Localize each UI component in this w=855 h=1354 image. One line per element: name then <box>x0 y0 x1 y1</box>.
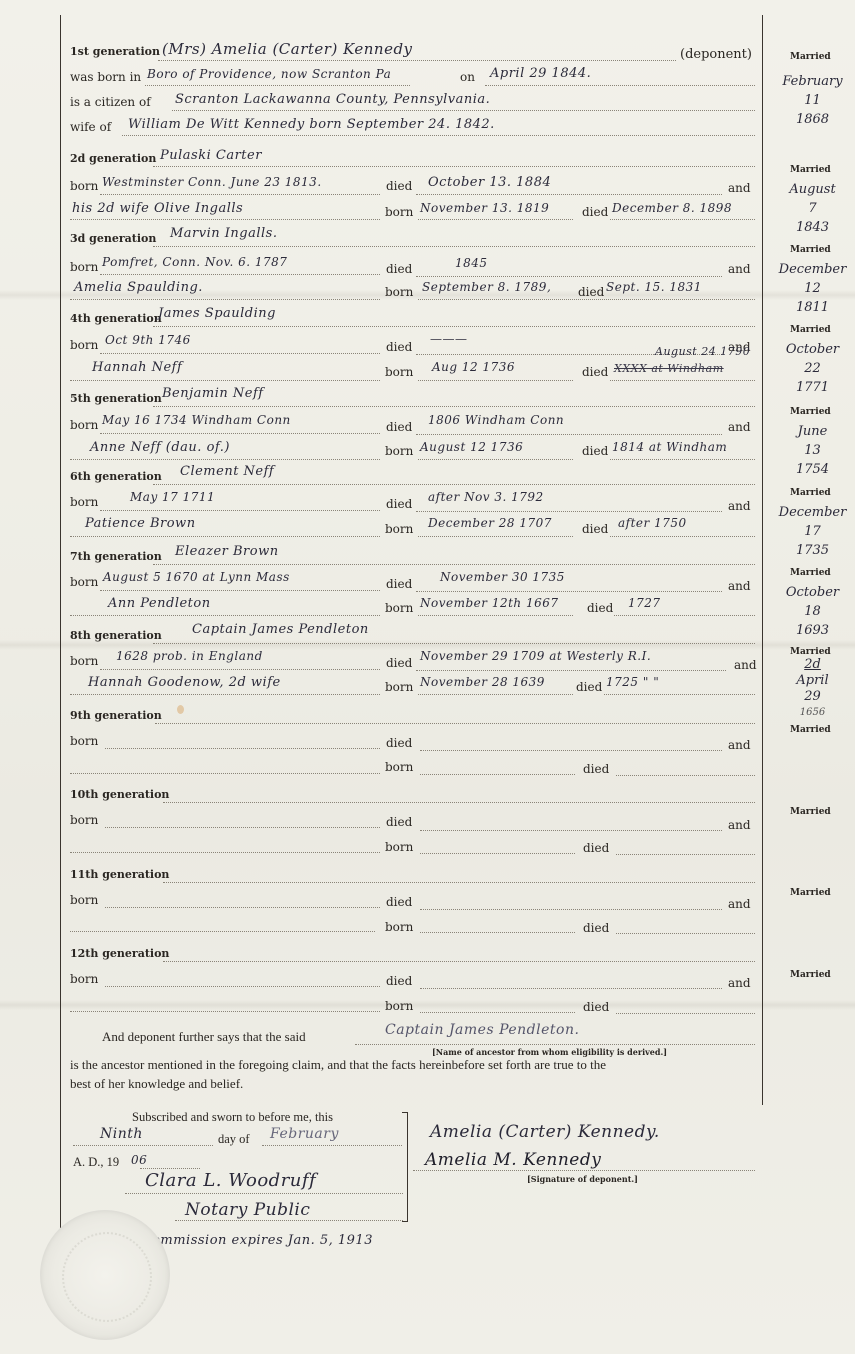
died-line <box>416 591 722 592</box>
spouse-born-value: September 8. 1789, <box>422 280 551 294</box>
citizen-line <box>172 110 755 111</box>
died-line <box>416 434 722 435</box>
spouse-died-line <box>610 536 755 537</box>
citizen-value: Scranton Lackawanna County, Pennsylvania… <box>175 92 490 107</box>
ancestor-name: Clement Neff <box>180 464 274 479</box>
and-label: and <box>728 262 751 276</box>
spouse-died-label: died <box>582 205 608 219</box>
name-line <box>153 406 755 407</box>
died-value: October 13. 1884 <box>428 175 551 190</box>
paper-stain <box>177 705 184 714</box>
name-line <box>158 60 676 61</box>
died-label: died <box>386 736 412 750</box>
married-day: 11 <box>770 91 855 110</box>
married-label: Married <box>790 488 831 498</box>
seal-inner-ring <box>62 1232 152 1322</box>
born-line <box>105 827 380 828</box>
married-month: October <box>770 583 855 602</box>
born-on-line <box>485 85 755 86</box>
married-date: October 22 1771 <box>770 340 855 397</box>
spouse-born-label: born <box>385 920 413 934</box>
born-value: Pomfret, Conn. Nov. 6. 1787 <box>102 255 287 269</box>
died-line <box>420 909 722 910</box>
married-day: 29 <box>770 689 855 705</box>
spouse-name: Hannah Neff <box>92 360 182 375</box>
ancestor-name: James Spaulding <box>158 306 276 321</box>
spouse-born-value: November 13. 1819 <box>420 201 549 215</box>
spouse-died-label: died <box>582 444 608 458</box>
born-in-value: Boro of Providence, now Scranton Pa <box>147 67 391 81</box>
spouse-line <box>70 459 380 460</box>
born-label: born <box>70 893 98 907</box>
and-label: and <box>728 818 751 832</box>
born-line <box>100 669 380 670</box>
born-label: born <box>70 575 98 589</box>
spouse-died-line <box>616 1013 755 1014</box>
married-year: 1771 <box>770 378 855 397</box>
left-margin-line <box>60 15 61 1270</box>
gen-label: 3d generation <box>70 232 156 245</box>
year-line <box>140 1168 200 1169</box>
spouse-line <box>70 773 380 774</box>
deponent-signature-2: Amelia M. Kennedy <box>425 1150 601 1170</box>
married-date: June 13 1754 <box>770 422 855 479</box>
died-line <box>416 670 726 671</box>
and-label: and <box>728 420 751 434</box>
born-value: 1628 prob. in England <box>116 649 263 663</box>
on-label: on <box>460 70 475 84</box>
day-line <box>73 1145 213 1146</box>
married-date: December 12 1811 <box>770 260 855 317</box>
spouse-died-label: died <box>576 680 602 694</box>
spouse-born-line <box>418 219 573 220</box>
born-label: born <box>70 260 98 274</box>
and-label: and <box>728 976 751 990</box>
declaration-line3: best of her knowledge and belief. <box>70 1076 243 1092</box>
gen-label: 12th generation <box>70 947 169 960</box>
spouse-name: Ann Pendleton <box>108 596 211 611</box>
born-line <box>105 748 380 749</box>
gen-label: 11th generation <box>70 868 169 881</box>
died-line <box>416 276 722 277</box>
name-line <box>153 484 755 485</box>
spouse-died-label: died <box>582 365 608 379</box>
spouse-born-line <box>418 615 573 616</box>
document-page: 1st generation (Mrs) Amelia (Carter) Ken… <box>0 0 855 1354</box>
died-value: November 29 1709 at Westerly R.I. <box>420 649 651 663</box>
gen-label: 4th generation <box>70 312 162 325</box>
name-line <box>153 564 755 565</box>
spouse-line <box>70 1011 380 1012</box>
spouse-born-line <box>418 299 755 300</box>
married-year: 1868 <box>770 110 855 129</box>
ancestor-name: Benjamin Neff <box>162 386 264 401</box>
married-date-gen1: February 11 1868 <box>770 72 855 129</box>
married-day: 13 <box>770 441 855 460</box>
spouse-line <box>70 694 380 695</box>
spouse-died-value: December 8. 1898 <box>612 201 732 215</box>
spouse-died-line <box>616 775 755 776</box>
born-line <box>100 590 380 591</box>
name-line <box>153 166 755 167</box>
spouse-died-line <box>610 459 755 460</box>
jurat-subscribed-text: Subscribed and sworn to before me, this <box>132 1110 333 1125</box>
declaration-intro: And deponent further says that the said <box>102 1029 306 1045</box>
born-label: born <box>70 654 98 668</box>
and-label: and <box>728 181 751 195</box>
wife-of-label: wife of <box>70 120 111 134</box>
spouse-died-struck-text: XXXX at Windham <box>614 362 724 375</box>
and-label: and <box>728 897 751 911</box>
married-ordinal: 2d <box>770 657 855 673</box>
married-label: Married <box>790 970 831 980</box>
died-label: died <box>386 974 412 988</box>
died-line <box>420 750 722 751</box>
spouse-died-value: 1814 at Windham <box>612 440 727 454</box>
married-year: 1735 <box>770 541 855 560</box>
spouse-died-label: died <box>583 841 609 855</box>
spouse-died-line <box>616 933 755 934</box>
spouse-born-label: born <box>385 205 413 219</box>
name-line <box>153 326 755 327</box>
spouse-died-label: died <box>587 601 613 615</box>
married-year: 1656 <box>770 705 855 721</box>
died-label: died <box>386 895 412 909</box>
ancestor-name: Marvin Ingalls. <box>170 226 277 241</box>
married-column-divider <box>762 15 763 1105</box>
born-line <box>100 274 380 275</box>
married-year: 1843 <box>770 218 855 237</box>
declaration-line2: is the ancestor mentioned in the foregoi… <box>70 1057 606 1073</box>
spouse-name: Patience Brown <box>85 516 196 531</box>
born-value: Oct 9th 1746 <box>105 333 191 347</box>
spouse-name: Amelia Spaulding. <box>74 280 203 295</box>
spouse-born-label: born <box>385 760 413 774</box>
married-label: Married <box>790 568 831 578</box>
died-label: died <box>386 179 412 193</box>
spouse-born-value: November 12th 1667 <box>420 596 559 610</box>
wife-of-value: William De Witt Kennedy born September 2… <box>128 117 495 132</box>
name-line <box>163 961 755 962</box>
died-label: died <box>386 497 412 511</box>
spouse-died-line <box>604 694 755 695</box>
spouse-born-value: Aug 12 1736 <box>432 360 515 374</box>
name-line <box>153 643 755 644</box>
spouse-died-value: Sept. 15. 1831 <box>606 280 702 294</box>
spouse-born-value: August 12 1736 <box>420 440 523 454</box>
and-label: and <box>728 579 751 593</box>
married-date: October 18 1693 <box>770 583 855 640</box>
notary-title: Notary Public <box>185 1200 310 1220</box>
spouse-born-label: born <box>385 999 413 1013</box>
spouse-died-label: died <box>583 762 609 776</box>
wife-of-line <box>122 135 755 136</box>
ancestor-name: Pulaski Carter <box>160 148 262 163</box>
citizen-label: is a citizen of <box>70 95 151 109</box>
born-value: May 17 1711 <box>130 490 215 504</box>
paper-fold <box>0 1000 855 1010</box>
spouse-line <box>70 615 380 616</box>
born-line <box>100 510 380 511</box>
spouse-born-label: born <box>385 601 413 615</box>
married-month: December <box>770 260 855 279</box>
died-line <box>416 194 722 195</box>
died-value: November 30 1735 <box>440 570 565 584</box>
married-month: December <box>770 503 855 522</box>
gen-label: 9th generation <box>70 709 162 722</box>
spouse-born-line <box>420 1012 575 1013</box>
gen-label: 2d generation <box>70 152 156 165</box>
jurat-ad-label: A. D., 19 <box>73 1155 119 1170</box>
spouse-line <box>70 219 380 220</box>
born-label: born <box>70 734 98 748</box>
spouse-died-line <box>614 615 755 616</box>
married-day: 7 <box>770 199 855 218</box>
signature-caption: [Signature of deponent.] <box>527 1174 638 1184</box>
married-day: 12 <box>770 279 855 298</box>
born-in-line <box>145 85 410 86</box>
spouse-died-label: died <box>578 285 604 299</box>
deponent-label: (deponent) <box>680 47 752 62</box>
married-date: August 7 1843 <box>770 180 855 237</box>
died-label: died <box>386 420 412 434</box>
married-month: August <box>770 180 855 199</box>
spouse-born-label: born <box>385 444 413 458</box>
spouse-line <box>70 852 380 853</box>
notary-signature-line <box>125 1193 403 1194</box>
died-value: ——— <box>430 332 468 346</box>
spouse-line <box>70 931 375 932</box>
married-day: 18 <box>770 602 855 621</box>
died-line <box>420 830 722 831</box>
married-month: April <box>770 673 855 689</box>
married-date: December 17 1735 <box>770 503 855 560</box>
spouse-died-label: died <box>583 1000 609 1014</box>
born-value: August 5 1670 at Lynn Mass <box>103 570 290 584</box>
born-value: Westminster Conn. June 23 1813. <box>102 175 322 189</box>
spouse-died-value: August 24 1790 <box>655 345 750 358</box>
spouse-died-line <box>610 380 755 381</box>
spouse-born-label: born <box>385 680 413 694</box>
married-year: 1693 <box>770 621 855 640</box>
married-day: 17 <box>770 522 855 541</box>
born-label: born <box>70 495 98 509</box>
born-label: born <box>70 338 98 352</box>
died-line <box>420 988 722 989</box>
gen-label: 1st generation <box>70 45 160 58</box>
name-line <box>155 723 755 724</box>
spouse-died-label: died <box>582 522 608 536</box>
married-label: Married <box>790 888 831 898</box>
deponent-signature-line <box>413 1170 755 1171</box>
and-label: and <box>728 738 751 752</box>
spouse-died-value: after 1750 <box>618 516 687 530</box>
spouse-died-value: 1725 " " <box>606 675 659 689</box>
name-line <box>163 802 755 803</box>
jurat-bracket <box>402 1112 408 1222</box>
spouse-born-line <box>418 536 573 537</box>
notary-signature: Clara L. Woodruff <box>145 1170 316 1191</box>
declared-ancestor-name: Captain James Pendleton. <box>385 1022 579 1038</box>
spouse-born-line <box>418 459 573 460</box>
died-label: died <box>386 815 412 829</box>
name-line <box>163 882 755 883</box>
married-label: Married <box>790 725 831 735</box>
deponent-name: (Mrs) Amelia (Carter) Kennedy <box>162 40 413 58</box>
spouse-born-line <box>420 932 575 933</box>
died-label: died <box>386 340 412 354</box>
died-value: 1806 Windham Conn <box>428 413 564 427</box>
and-label: and <box>728 499 751 513</box>
jurat-day-value: Ninth <box>100 1126 143 1142</box>
deponent-signature-1: Amelia (Carter) Kennedy. <box>430 1122 660 1142</box>
jurat-month-value: February <box>270 1126 339 1142</box>
spouse-died-value: 1727 <box>628 596 661 610</box>
married-year: 1754 <box>770 460 855 479</box>
spouse-name: Anne Neff (dau. of.) <box>90 440 230 455</box>
spouse-died-label: died <box>583 921 609 935</box>
married-label: Married <box>790 647 831 657</box>
name-line <box>153 246 755 247</box>
died-label: died <box>386 656 412 670</box>
spouse-born-value: November 28 1639 <box>420 675 545 689</box>
spouse-born-label: born <box>385 522 413 536</box>
died-label: died <box>386 577 412 591</box>
embossed-notary-seal-icon <box>40 1210 170 1340</box>
died-value: after Nov 3. 1792 <box>428 490 544 504</box>
jurat-year-value: 06 <box>131 1153 147 1167</box>
born-label: born <box>70 813 98 827</box>
month-line <box>262 1145 402 1146</box>
spouse-line <box>70 299 380 300</box>
ancestor-name: Captain James Pendleton <box>192 622 369 637</box>
died-value: 1845 <box>455 256 488 270</box>
spouse-line <box>70 380 380 381</box>
spouse-born-line <box>420 853 575 854</box>
born-line <box>100 433 380 434</box>
born-label: born <box>70 972 98 986</box>
ancestor-line <box>355 1044 755 1045</box>
married-label: Married <box>790 165 831 175</box>
born-line <box>105 907 380 908</box>
born-line <box>105 986 380 987</box>
married-label: Married <box>790 807 831 817</box>
born-label: born <box>70 179 98 193</box>
married-label: Married <box>790 245 831 255</box>
spouse-line <box>70 536 380 537</box>
gen-label: 5th generation <box>70 392 162 405</box>
and-label: and <box>734 658 757 672</box>
spouse-born-label: born <box>385 365 413 379</box>
spouse-born-line <box>418 380 573 381</box>
married-month: February <box>770 72 855 91</box>
died-line <box>416 511 722 512</box>
married-year: 1811 <box>770 298 855 317</box>
spouse-born-label: born <box>385 840 413 854</box>
ancestor-name: Eleazer Brown <box>175 544 279 559</box>
born-value: May 16 1734 Windham Conn <box>102 413 291 427</box>
spouse-born-value: December 28 1707 <box>428 516 552 530</box>
notary-title-line <box>175 1220 403 1221</box>
gen-label: 6th generation <box>70 470 162 483</box>
born-line <box>100 194 380 195</box>
gen-label: 7th generation <box>70 550 162 563</box>
spouse-born-label: born <box>385 285 413 299</box>
born-label: born <box>70 418 98 432</box>
gen-label: 8th generation <box>70 629 162 642</box>
married-label: Married <box>790 407 831 417</box>
gen-label: 10th generation <box>70 788 169 801</box>
jurat-day-of-label: day of <box>218 1132 250 1147</box>
born-on-value: April 29 1844. <box>490 66 591 81</box>
married-label: Married <box>790 325 831 335</box>
married-day: 22 <box>770 359 855 378</box>
spouse-born-line <box>420 774 575 775</box>
married-label: Married <box>790 52 831 62</box>
born-line <box>100 353 380 354</box>
spouse-died-line <box>610 219 755 220</box>
married-month: October <box>770 340 855 359</box>
spouse-born-line <box>418 694 573 695</box>
married-date: 2d April 29 1656 <box>770 657 855 721</box>
spouse-name: Hannah Goodenow, 2d wife <box>88 675 281 690</box>
born-in-label: was born in <box>70 70 141 84</box>
died-label: died <box>386 262 412 276</box>
ancestor-caption: [Name of ancestor from whom eligibility … <box>432 1047 667 1057</box>
married-month: June <box>770 422 855 441</box>
spouse-died-line <box>616 854 755 855</box>
spouse-name: his 2d wife Olive Ingalls <box>72 201 243 216</box>
